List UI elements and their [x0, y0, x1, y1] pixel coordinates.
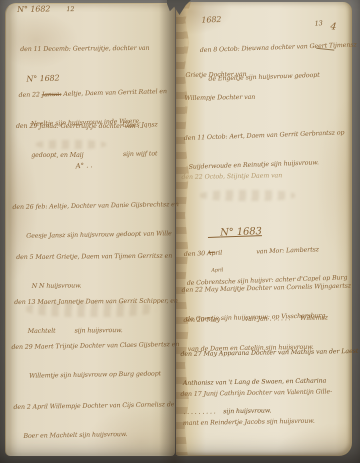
page-number: 12	[66, 4, 74, 14]
baptism-entry: den 22 Octob, Stijntje Daem van	[181, 151, 283, 202]
margin-mark: A° . .	[66, 149, 94, 183]
year-heading: N° 1682	[17, 3, 50, 16]
entry-fragment: Claes Jansz sijn wijf tot	[122, 100, 159, 179]
baptism-entry: den 2 April Willempje Dochter van Cijs C…	[13, 380, 175, 461]
baptism-entry: den 17 Junij Cathrijn Dochter van Valent…	[180, 367, 333, 448]
register-photo: N° 1682 12 den 11 Decemb: Geertruijtje, …	[0, 0, 360, 463]
left-page-header: N° 1682 12	[17, 3, 74, 16]
struck-word: Janua:	[42, 90, 62, 98]
